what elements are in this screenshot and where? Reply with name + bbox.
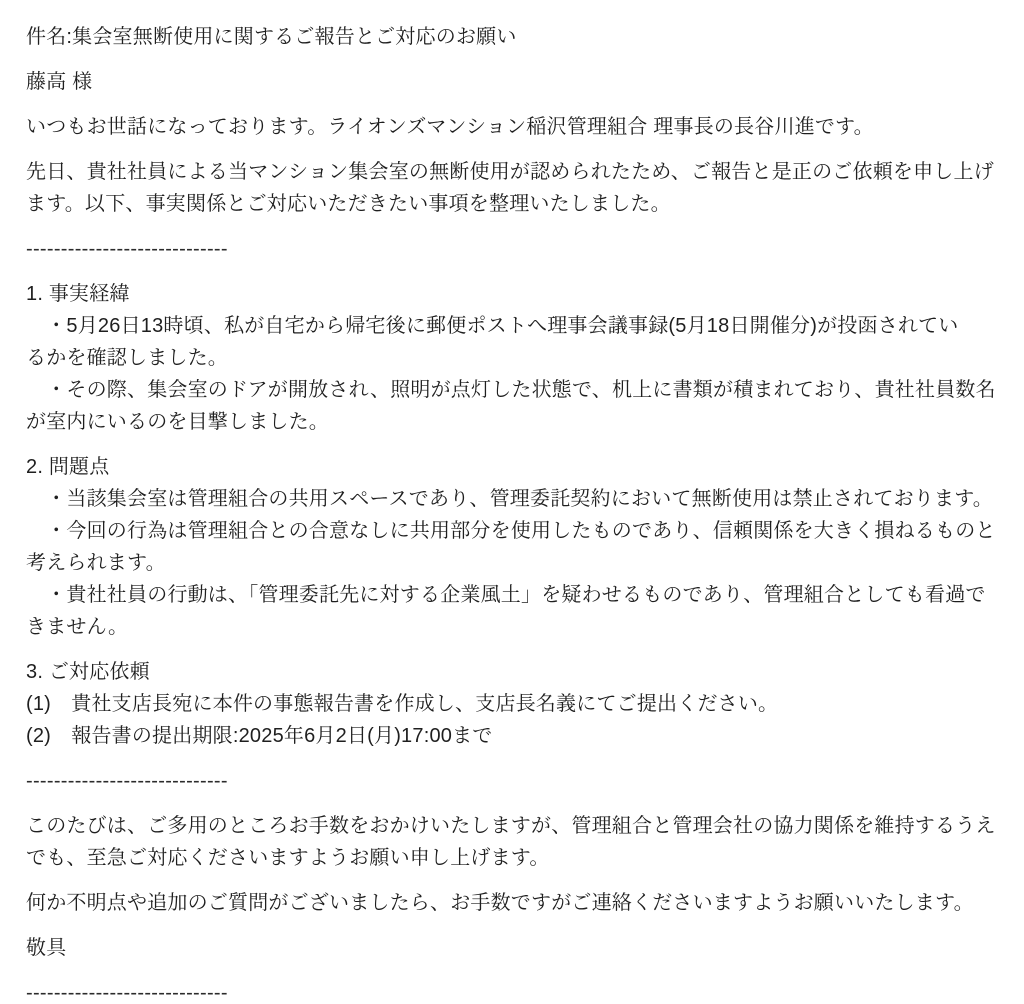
divider-bottom: ----------------------------- xyxy=(26,977,1004,1004)
contact-note: 何か不明点や追加のご質問がございましたら、お手数ですがご連絡くださいますようお願… xyxy=(26,887,1004,919)
recipient-name: 藤高 様 xyxy=(26,66,1004,98)
greeting: いつもお世話になっております。ライオンズマンション稲沢管理組合 理事長の長谷川進… xyxy=(26,111,1004,143)
divider-top: ----------------------------- xyxy=(26,233,1004,265)
section-3-requests: 3. ご対応依頼 (1) 貴社支店長宛に本件の事態報告書を作成し、支店長名義にて… xyxy=(26,656,1004,752)
intro-paragraph: 先日、貴社社員による当マンション集会室の無断使用が認められたため、ご報告と是正の… xyxy=(26,156,1004,220)
section-2-issues: 2. 問題点 ・当該集会室は管理組合の共用スペースであり、管理委託契約において無… xyxy=(26,451,1004,643)
section-1-facts: 1. 事実経緯 ・5月26日13時頃、私が自宅から帰宅後に郵便ポストへ理事会議事… xyxy=(26,278,1004,438)
email-body: 件名:集会室無断使用に関するご報告とご対応のお願い藤高 様いつもお世話になってお… xyxy=(0,0,1024,1004)
closing-request: このたびは、ご多用のところお手数をおかけいたしますが、管理組合と管理会社の協力関… xyxy=(26,810,1004,874)
subject-line: 件名:集会室無断使用に関するご報告とご対応のお願い xyxy=(26,21,1004,53)
sign-off: 敬具 xyxy=(26,932,1004,964)
divider-middle: ----------------------------- xyxy=(26,765,1004,797)
